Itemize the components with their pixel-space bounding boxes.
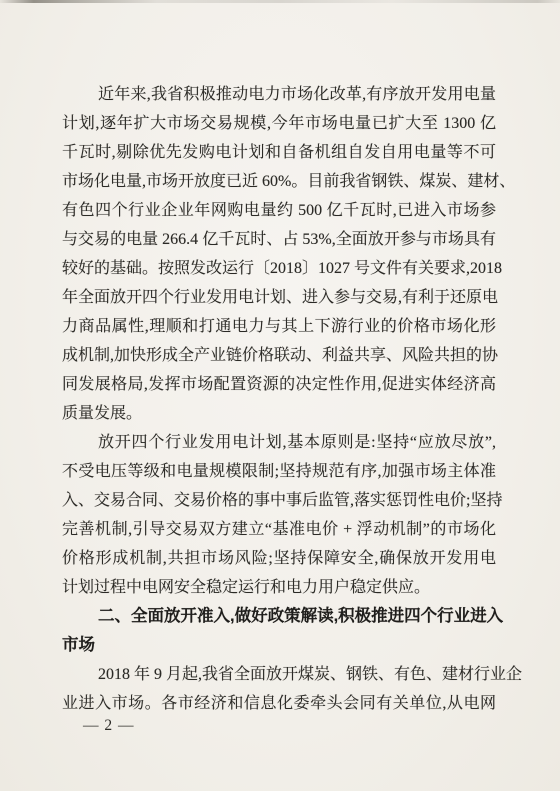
text-line: 不受电压等级和电量规模限制;坚持规范有序,加强市场主体准	[62, 457, 496, 486]
text-line: 入、交易合同、交易价格的事中事后监管,落实惩罚性电价;坚持	[62, 486, 496, 515]
text-line: 市场化电量,市场开放度已近 60%。目前我省钢铁、煤炭、建材、	[62, 167, 496, 196]
section-heading-line: 二、全面放开准入,做好政策解读,积极推进四个行业进入	[62, 602, 496, 631]
text-line: 价格形成机制,共担市场风险;坚持保障安全,确保放开发用电	[62, 544, 496, 573]
text-line: 质量发展。	[62, 399, 496, 428]
page-number: — 2 —	[83, 718, 135, 734]
text-line: 完善机制,引导交易双方建立“基准电价 + 浮动机制”的市场化	[62, 515, 496, 544]
text-line: 年全面放开四个行业发用电计划、进入参与交易,有利于还原电	[62, 283, 496, 312]
text-line: 较好的基础。按照发改运行〔2018〕1027 号文件有关要求,2018	[62, 254, 496, 283]
text-line: 与交易的电量 266.4 亿千瓦时、占 53%,全面放开参与市场具有	[62, 225, 496, 254]
paragraph-1: 近年来,我省积极推动电力市场化改革,有序放开发用电量 计划,逐年扩大市场交易规模…	[62, 80, 496, 428]
text-line: 成机制,加快形成全产业链价格联动、利益共享、风险共担的协	[62, 341, 496, 370]
scan-edge-artifact	[0, 0, 560, 3]
paragraph-2: 放开四个行业发用电计划,基本原则是:坚持“应放尽放”, 不受电压等级和电量规模限…	[62, 428, 496, 602]
text-line: 计划过程中电网安全稳定运行和电力用户稳定供应。	[62, 573, 496, 602]
text-line: 业进入市场。各市经济和信息化委牵头会同有关单位,从电网	[62, 689, 496, 718]
scanned-document-page: 近年来,我省积极推动电力市场化改革,有序放开发用电量 计划,逐年扩大市场交易规模…	[0, 0, 560, 791]
text-line: 力商品属性,理顺和打通电力与其上下游行业的价格市场化形	[62, 312, 496, 341]
section-heading-2: 二、全面放开准入,做好政策解读,积极推进四个行业进入 市场	[62, 602, 496, 660]
text-line: 近年来,我省积极推动电力市场化改革,有序放开发用电量	[62, 80, 496, 109]
text-line: 放开四个行业发用电计划,基本原则是:坚持“应放尽放”,	[62, 428, 496, 457]
text-line: 有色四个行业企业年网购电量约 500 亿千瓦时,已进入市场参	[62, 196, 496, 225]
text-line: 同发展格局,发挥市场配置资源的决定性作用,促进实体经济高	[62, 370, 496, 399]
document-text-column: 近年来,我省积极推动电力市场化改革,有序放开发用电量 计划,逐年扩大市场交易规模…	[62, 80, 496, 718]
text-line: 千瓦时,剔除优先发购电计划和自备机组自发自用电量等不可	[62, 138, 496, 167]
section-heading-line: 市场	[62, 631, 496, 660]
text-line: 计划,逐年扩大市场交易规模,今年市场电量已扩大至 1300 亿	[62, 109, 496, 138]
paragraph-3: 2018 年 9 月起,我省全面放开煤炭、钢铁、有色、建材行业企 业进入市场。各…	[62, 660, 496, 718]
text-line: 2018 年 9 月起,我省全面放开煤炭、钢铁、有色、建材行业企	[62, 660, 496, 689]
